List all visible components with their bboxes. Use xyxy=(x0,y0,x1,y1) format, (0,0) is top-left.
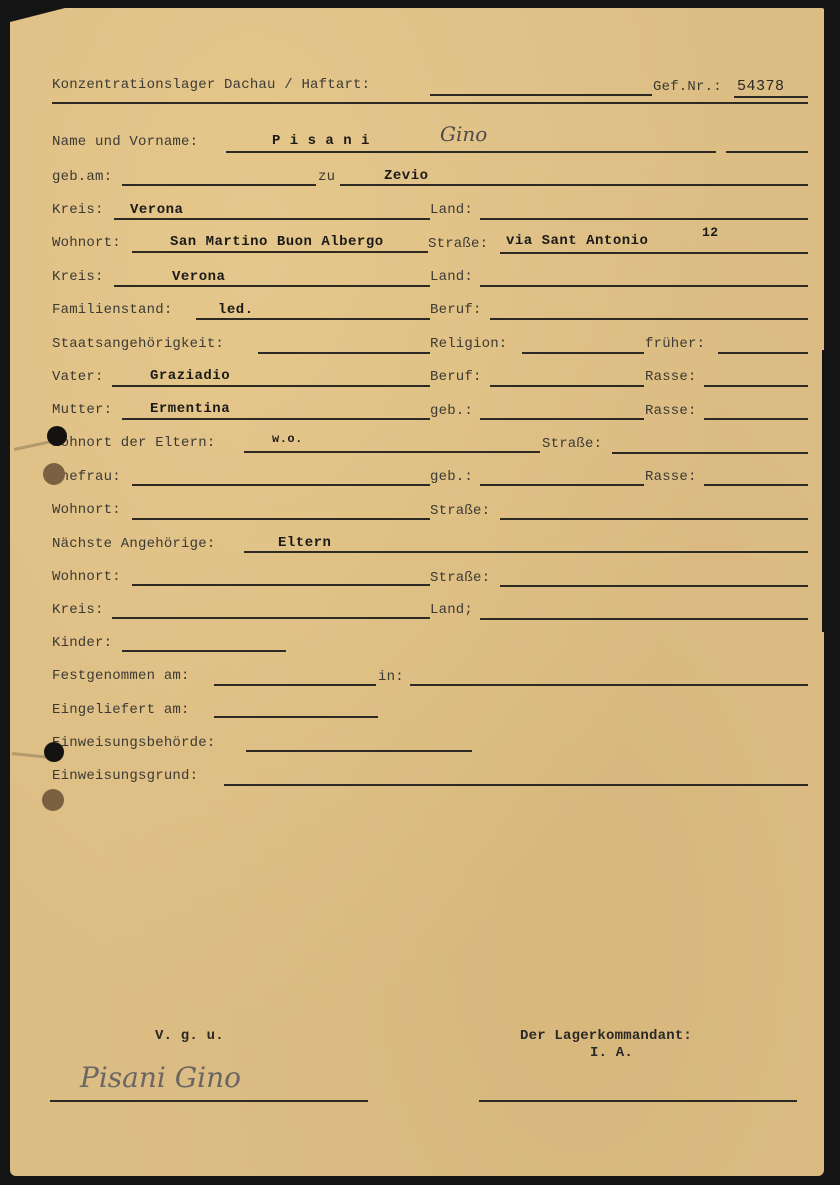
wohnort3-label: Wohnort: xyxy=(52,570,121,584)
strasse3-line xyxy=(500,518,808,520)
wohnort2-label: Wohnort: xyxy=(52,503,121,517)
punch-hole xyxy=(43,463,65,485)
familienstand-value: led. xyxy=(218,303,254,317)
in-line xyxy=(410,684,808,686)
rasse1-line xyxy=(704,385,808,387)
wohnort-eltern-label: Wohnort der Eltern: xyxy=(52,436,215,450)
birth-date-label: geb.am: xyxy=(52,170,112,184)
beruf2-label: Beruf: xyxy=(430,370,482,384)
strasse2-line xyxy=(612,452,808,454)
mutter-line xyxy=(122,418,430,420)
kreis3-label: Kreis: xyxy=(52,603,104,617)
birth-place-line xyxy=(340,184,808,186)
strasse2-label: Straße: xyxy=(542,437,602,451)
birth-place-label: zu xyxy=(318,170,335,184)
beruf2-line xyxy=(490,385,644,387)
in-label: in: xyxy=(378,670,404,684)
first-name-handwritten: Gino xyxy=(440,124,487,144)
land1-label: Land: xyxy=(430,203,473,217)
vater-label: Vater: xyxy=(52,370,104,384)
strasse3-label: Straße: xyxy=(430,504,490,518)
staatsangehoerigkeit-line xyxy=(258,352,430,354)
rasse2-line xyxy=(704,418,808,420)
kinder-line xyxy=(122,650,286,652)
land3-line xyxy=(480,618,808,620)
kinder-label: Kinder: xyxy=(52,636,112,650)
prisoner-no-line xyxy=(734,96,808,98)
paper-edge xyxy=(830,632,840,1185)
paper-edge xyxy=(822,350,840,632)
header-divider xyxy=(52,102,808,104)
angehoerige-value: Eltern xyxy=(278,536,331,550)
religion-label: Religion: xyxy=(430,337,507,351)
familienstand-label: Familienstand: xyxy=(52,303,172,317)
punch-hole xyxy=(47,426,67,446)
eingeliefert-label: Eingeliefert am: xyxy=(52,703,190,717)
prisoner-signature-line xyxy=(50,1100,368,1102)
festgenommen-label: Festgenommen am: xyxy=(52,669,190,683)
wohnort1-label: Wohnort: xyxy=(52,236,121,250)
kreis2-label: Kreis: xyxy=(52,270,104,284)
rasse1-label: Rasse: xyxy=(645,370,697,384)
punch-hole xyxy=(42,789,64,811)
punch-hole xyxy=(44,742,64,762)
festgenommen-line xyxy=(214,684,376,686)
beruf1-label: Beruf: xyxy=(430,303,482,317)
frueher-line xyxy=(718,352,808,354)
mutter-value: Ermentina xyxy=(150,402,230,416)
land2-label: Land: xyxy=(430,270,473,284)
kreis2-value: Verona xyxy=(172,270,225,284)
wohnort1-value: San Martino Buon Albergo xyxy=(170,235,384,249)
strasse1-label: Straße: xyxy=(428,237,488,251)
einweisungsgrund-line xyxy=(224,784,808,786)
birth-date-line xyxy=(122,184,316,186)
staatsangehoerigkeit-label: Staatsangehörigkeit: xyxy=(52,337,224,351)
land1-line xyxy=(480,218,808,220)
name-line-extra xyxy=(726,151,808,153)
wohnort3-line xyxy=(132,584,430,586)
strasse1-line xyxy=(500,252,808,254)
land2-line xyxy=(480,285,808,287)
religion-line xyxy=(522,352,644,354)
einweisungsgrund-label: Einweisungsgrund: xyxy=(52,769,198,783)
beruf1-line xyxy=(490,318,808,320)
name-label: Name und Vorname: xyxy=(52,135,198,149)
vgu-label: V. g. u. xyxy=(155,1029,224,1043)
angehoerige-line xyxy=(244,551,808,553)
geb1-label: geb.: xyxy=(430,404,473,418)
kreis1-line xyxy=(114,218,430,220)
vater-line xyxy=(112,385,430,387)
camp-label: Konzentrationslager Dachau / Haftart: xyxy=(52,78,370,92)
rasse2-label: Rasse: xyxy=(645,404,697,418)
commandant-label: Der Lagerkommandant: xyxy=(520,1029,692,1043)
commandant-signature-line xyxy=(479,1100,797,1102)
house-number: 12 xyxy=(702,226,719,239)
strasse4-label: Straße: xyxy=(430,571,490,585)
strasse4-line xyxy=(500,585,808,587)
prisoner-no-value: 54378 xyxy=(737,79,785,94)
prisoner-signature: Pisani Gino xyxy=(80,1064,241,1092)
ia-label: I. A. xyxy=(590,1046,633,1060)
haftart-line xyxy=(430,94,652,96)
vater-value: Graziadio xyxy=(150,369,230,383)
prisoner-no-label: Gef.Nr.: xyxy=(653,80,722,94)
kreis2-line xyxy=(114,285,430,287)
birth-place-value: Zevio xyxy=(384,169,429,183)
kreis1-label: Kreis: xyxy=(52,203,104,217)
geb1-line xyxy=(480,418,644,420)
familienstand-line xyxy=(196,318,430,320)
rasse3-line xyxy=(704,484,808,486)
frueher-label: früher: xyxy=(645,337,705,351)
name-line xyxy=(226,151,716,153)
ehefrau-line xyxy=(132,484,430,486)
einweisungsbehoerde-label: Einweisungsbehörde: xyxy=(52,736,215,750)
geb2-line xyxy=(480,484,644,486)
land3-label: Land; xyxy=(430,603,473,617)
wohnort-eltern-line xyxy=(244,451,540,453)
surname-value: P i s a n i xyxy=(272,134,370,148)
kreis3-line xyxy=(112,617,430,619)
kreis1-value: Verona xyxy=(130,203,183,217)
wohnort1-line xyxy=(132,251,428,253)
eingeliefert-line xyxy=(214,716,378,718)
rasse3-label: Rasse: xyxy=(645,470,697,484)
mutter-label: Mutter: xyxy=(52,403,112,417)
einweisungsbehoerde-line xyxy=(246,750,472,752)
wohnort-eltern-value: w.o. xyxy=(272,433,303,445)
angehoerige-label: Nächste Angehörige: xyxy=(52,537,215,551)
geb2-label: geb.: xyxy=(430,470,473,484)
wohnort2-line xyxy=(132,518,430,520)
strasse1-value: via Sant Antonio xyxy=(506,234,648,248)
